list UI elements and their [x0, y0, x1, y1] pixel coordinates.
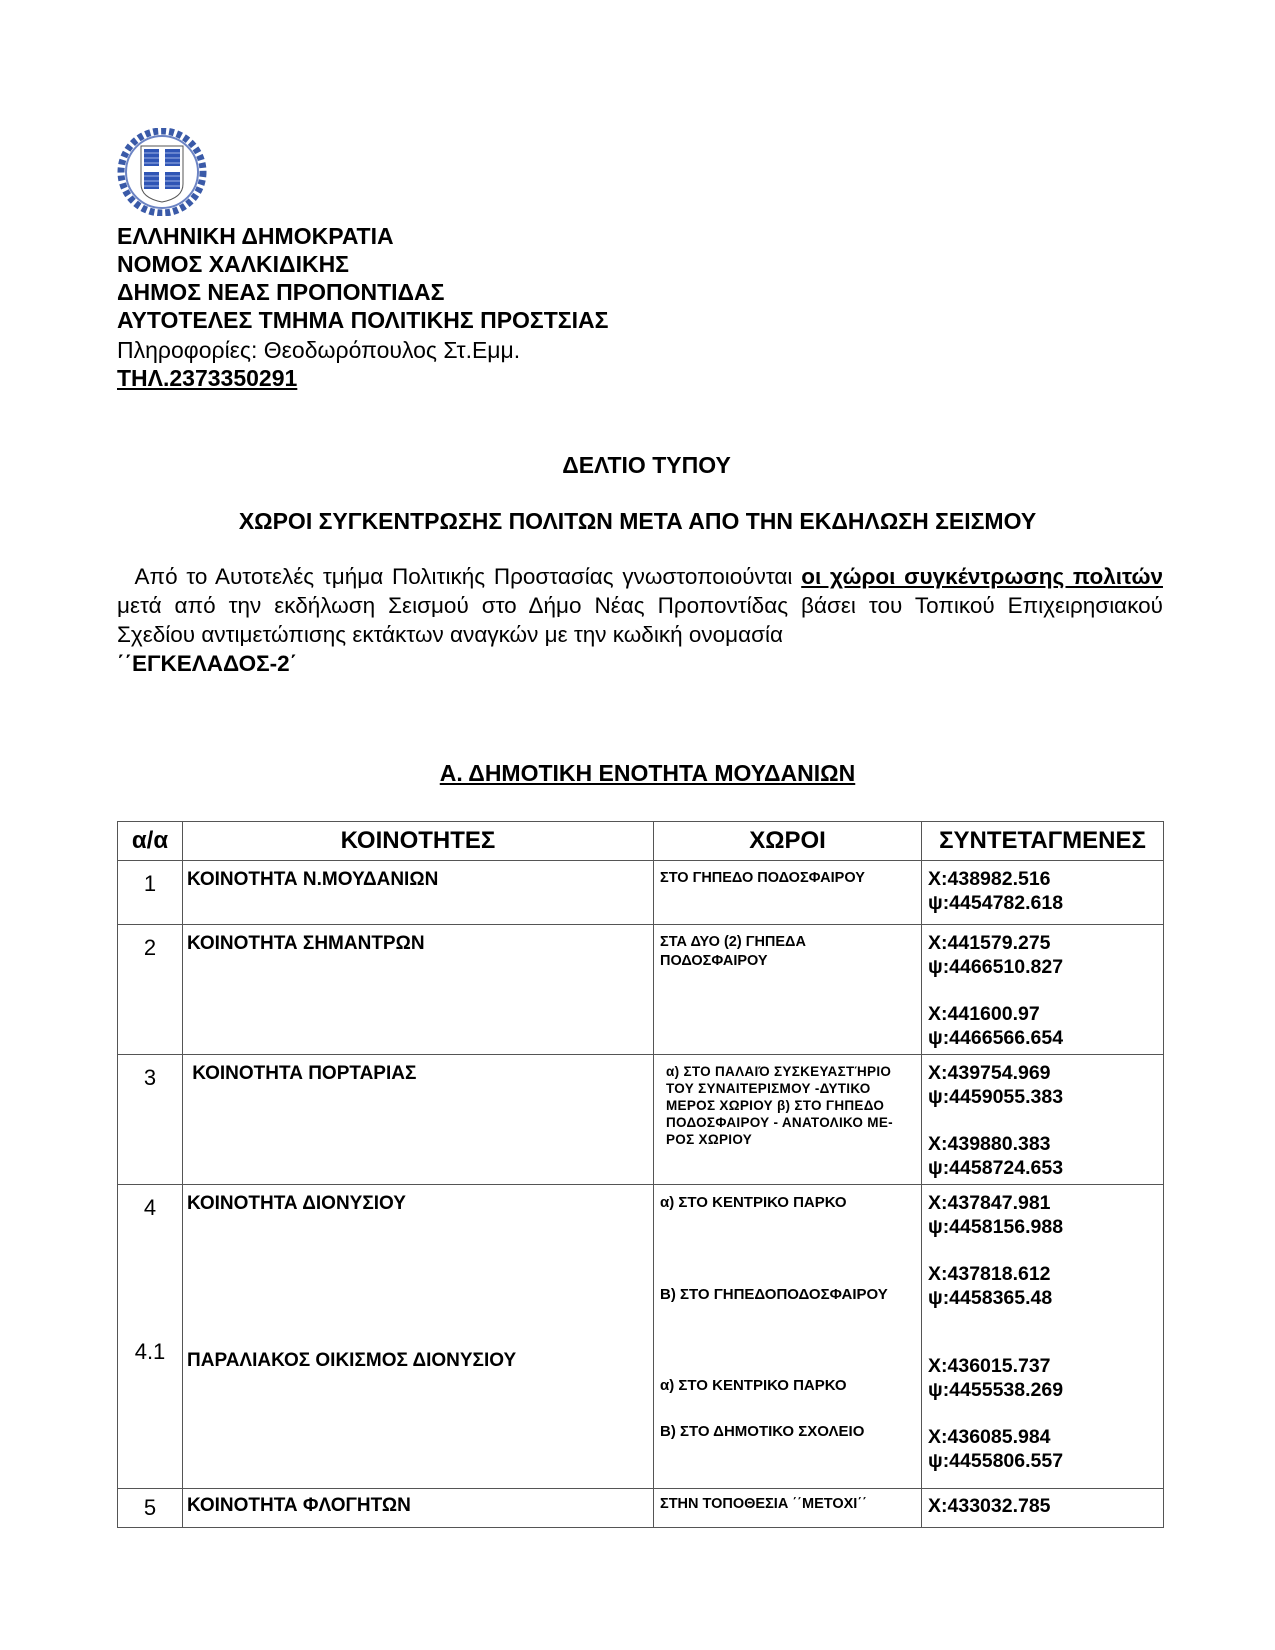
coord-x: Χ:433032.785	[928, 1494, 1163, 1518]
intro-paragraph: Από το Αυτοτελές τμήμα Πολιτικής Προστασ…	[117, 562, 1163, 678]
document-title: ΔΕΛΤΙΟ ΤΥΠΟΥ	[0, 452, 1275, 479]
community-name: ΚΟΙΝΟΤΗΤΑ ΦΛΟΓΗΤΩΝ	[183, 1489, 654, 1528]
header-communities: ΚΟΙΝΟΤΗΤΕΣ	[183, 822, 654, 861]
coord-y: ψ:4454782.618	[928, 891, 1163, 915]
header-municipality: ΔΗΜΟΣ ΝΕΑΣ ΠΡΟΠΟΝΤΙΔΑΣ	[117, 278, 444, 306]
place-item: α) ΣΤΟ ΚΕΝΤΡΙΚΟ ΠΑΡΚΟ	[660, 1193, 917, 1212]
coord-x: Χ:437847.981	[928, 1191, 1163, 1215]
greek-coat-of-arms-icon	[117, 128, 207, 216]
row-number: 2	[118, 925, 183, 1055]
header-aa: α/α	[118, 822, 183, 861]
coord-x: Χ:439880.383	[928, 1132, 1163, 1156]
place-name: α) ΣΤΟ ΚΕΝΤΡΙΚΟ ΠΑΡΚΟ Β) ΣΤΟ ΓΗΠΕΔΟΠΟΔΟΣ…	[654, 1185, 922, 1489]
row-number-sub: 4.1	[118, 1339, 182, 1365]
table-row: 2 ΚΟΙΝΟΤΗΤΑ ΣΗΜΑΝΤΡΩΝ ΣΤΑ ΔΥΟ (2) ΓΗΠΕΔΑ…	[118, 925, 1164, 1055]
coord-x: Χ:436085.984	[928, 1425, 1163, 1449]
community-name: ΚΟΙΝΟΤΗΤΑ ΣΗΜΑΝΤΡΩΝ	[183, 925, 654, 1055]
coord-x: Χ:437818.612	[928, 1262, 1163, 1286]
community-name: ΚΟΙΝΟΤΗΤΑ Ν.ΜΟΥΔΑΝΙΩΝ	[183, 861, 654, 925]
coord-y: ψ:4455806.557	[928, 1449, 1163, 1473]
coordinates: Χ:433032.785	[922, 1489, 1164, 1528]
coord-x: Χ:436015.737	[928, 1354, 1163, 1378]
row-number: 3	[118, 1055, 183, 1185]
coord-y: ψ:4455538.269	[928, 1378, 1163, 1402]
row-number: 1	[118, 861, 183, 925]
coordinates: Χ:438982.516 ψ:4454782.618	[922, 861, 1164, 925]
place-name: ΣΤΑ ΔΥΟ (2) ΓΗΠΕΔΑ ΠΟΔΟΣΦΑΙΡΟΥ	[654, 925, 922, 1055]
coord-y: ψ:4466510.827	[928, 955, 1163, 979]
place-item: α) ΣΤΟ ΚΕΝΤΡΙΚΟ ΠΑΡΚΟ	[660, 1376, 917, 1395]
row-number-main: 4	[118, 1195, 182, 1221]
coordinates: Χ:437847.981 ψ:4458156.988 Χ:437818.612 …	[922, 1185, 1164, 1489]
coord-x: Χ:438982.516	[928, 867, 1163, 891]
section-title: Α. ΔΗΜΟΤΙΚΗ ΕΝΟΤΗΤΑ ΜΟΥΔΑΝΙΩΝ	[0, 760, 1275, 787]
codename: ΄΄ΕΓΚΕΛΑΔΟΣ-2΄	[117, 651, 297, 676]
coord-x: Χ:439754.969	[928, 1061, 1163, 1085]
intro-rest: μετά από την εκδήλωση Σεισμού στο Δήμο Ν…	[117, 593, 1163, 647]
coord-y: ψ:4458156.988	[928, 1215, 1163, 1239]
place-item: Β) ΣΤΟ ΔΗΜΟΤΙΚΟ ΣΧΟΛΕΙΟ	[660, 1422, 917, 1441]
header-phone: ΤΗΛ.2373350291	[117, 364, 297, 392]
community-name: ΚΟΙΝΟΤΗΤΑ ΔΙΟΝΥΣΙΟΥ ΠΑΡΑΛΙΑΚΟΣ ΟΙΚΙΣΜΟΣ …	[183, 1185, 654, 1489]
coord-y: ψ:4459055.383	[928, 1085, 1163, 1109]
emphasis-text: οι χώροι συγκέντρωσης πολιτών	[801, 564, 1163, 589]
intro-text: Από το Αυτοτελές τμήμα Πολιτικής Προστασ…	[135, 564, 802, 589]
header-country: ΕΛΛΗΝΙΚΗ ΔΗΜΟΚΡΑΤΙΑ	[117, 222, 394, 250]
place-name: ΣΤΗΝ ΤΟΠΟΘΕΣΙΑ ΄΄ΜΕΤΟΧΙ΄΄	[654, 1489, 922, 1528]
header-info: Πληροφορίες: Θεοδωρόπουλος Στ.Εμμ.	[117, 336, 520, 364]
coord-y: ψ:4466566.654	[928, 1026, 1163, 1050]
place-name: ΣΤΟ ΓΗΠΕΔΟ ΠΟΔΟΣΦΑΙΡΟΥ	[654, 861, 922, 925]
place-name: α) ΣΤΟ ΠΑΛΑΙΌ ΣΥΣΚΕΥΑΣΤΉΡΙΟ ΤΟΥ ΣΥΝΑΙΤΕΡ…	[654, 1055, 922, 1185]
community-name: ΚΟΙΝΟΤΗΤΑ ΠΟΡΤΑΡΙΑΣ	[183, 1055, 654, 1185]
table-row: 3 ΚΟΙΝΟΤΗΤΑ ΠΟΡΤΑΡΙΑΣ α) ΣΤΟ ΠΑΛΑΙΌ ΣΥΣΚ…	[118, 1055, 1164, 1185]
header-prefecture: ΝΟΜΟΣ ΧΑΛΚΙΔΙΚΗΣ	[117, 250, 349, 278]
row-number: 5	[118, 1489, 183, 1528]
row-number: 4 4.1	[118, 1185, 183, 1489]
coord-y: ψ:4458724.653	[928, 1156, 1163, 1180]
place-item: Β) ΣΤΟ ΓΗΠΕΔΟΠΟΔΟΣΦΑΙΡΟΥ	[660, 1285, 917, 1304]
header-coordinates: ΣΥΝΤΕΤΑΓΜΕΝΕΣ	[922, 822, 1164, 861]
header-department: ΑΥΤΟΤΕΛΕΣ ΤΜΗΜΑ ΠΟΛΙΤΙΚΗΣ ΠΡΟΣΤΣΙΑΣ	[117, 306, 608, 334]
coordinates: Χ:439754.969 ψ:4459055.383 Χ:439880.383 …	[922, 1055, 1164, 1185]
table-row: 4 4.1 ΚΟΙΝΟΤΗΤΑ ΔΙΟΝΥΣΙΟΥ ΠΑΡΑΛΙΑΚΟΣ ΟΙΚ…	[118, 1185, 1164, 1489]
coordinates: Χ:441579.275 ψ:4466510.827 Χ:441600.97 ψ…	[922, 925, 1164, 1055]
table-row: 1 ΚΟΙΝΟΤΗΤΑ Ν.ΜΟΥΔΑΝΙΩΝ ΣΤΟ ΓΗΠΕΔΟ ΠΟΔΟΣ…	[118, 861, 1164, 925]
gathering-places-table: α/α ΚΟΙΝΟΤΗΤΕΣ ΧΩΡΟΙ ΣΥΝΤΕΤΑΓΜΕΝΕΣ 1 ΚΟΙ…	[117, 821, 1164, 1528]
community-name-main: ΚΟΙΝΟΤΗΤΑ ΔΙΟΝΥΣΙΟΥ	[187, 1193, 649, 1215]
community-name-sub: ΠΑΡΑΛΙΑΚΟΣ ΟΙΚΙΣΜΟΣ ΔΙΟΝΥΣΙΟΥ	[187, 1350, 649, 1372]
table-row: 5 ΚΟΙΝΟΤΗΤΑ ΦΛΟΓΗΤΩΝ ΣΤΗΝ ΤΟΠΟΘΕΣΙΑ ΄΄ΜΕ…	[118, 1489, 1164, 1528]
header-places: ΧΩΡΟΙ	[654, 822, 922, 861]
coord-y: ψ:4458365.48	[928, 1286, 1163, 1310]
coord-x: Χ:441600.97	[928, 1002, 1163, 1026]
coord-x: Χ:441579.275	[928, 931, 1163, 955]
document-subtitle: ΧΩΡΟΙ ΣΥΓΚΕΝΤΡΩΣΗΣ ΠΟΛΙΤΩΝ ΜΕΤΑ ΑΠΟ ΤΗΝ …	[0, 508, 1275, 535]
table-header-row: α/α ΚΟΙΝΟΤΗΤΕΣ ΧΩΡΟΙ ΣΥΝΤΕΤΑΓΜΕΝΕΣ	[118, 822, 1164, 861]
